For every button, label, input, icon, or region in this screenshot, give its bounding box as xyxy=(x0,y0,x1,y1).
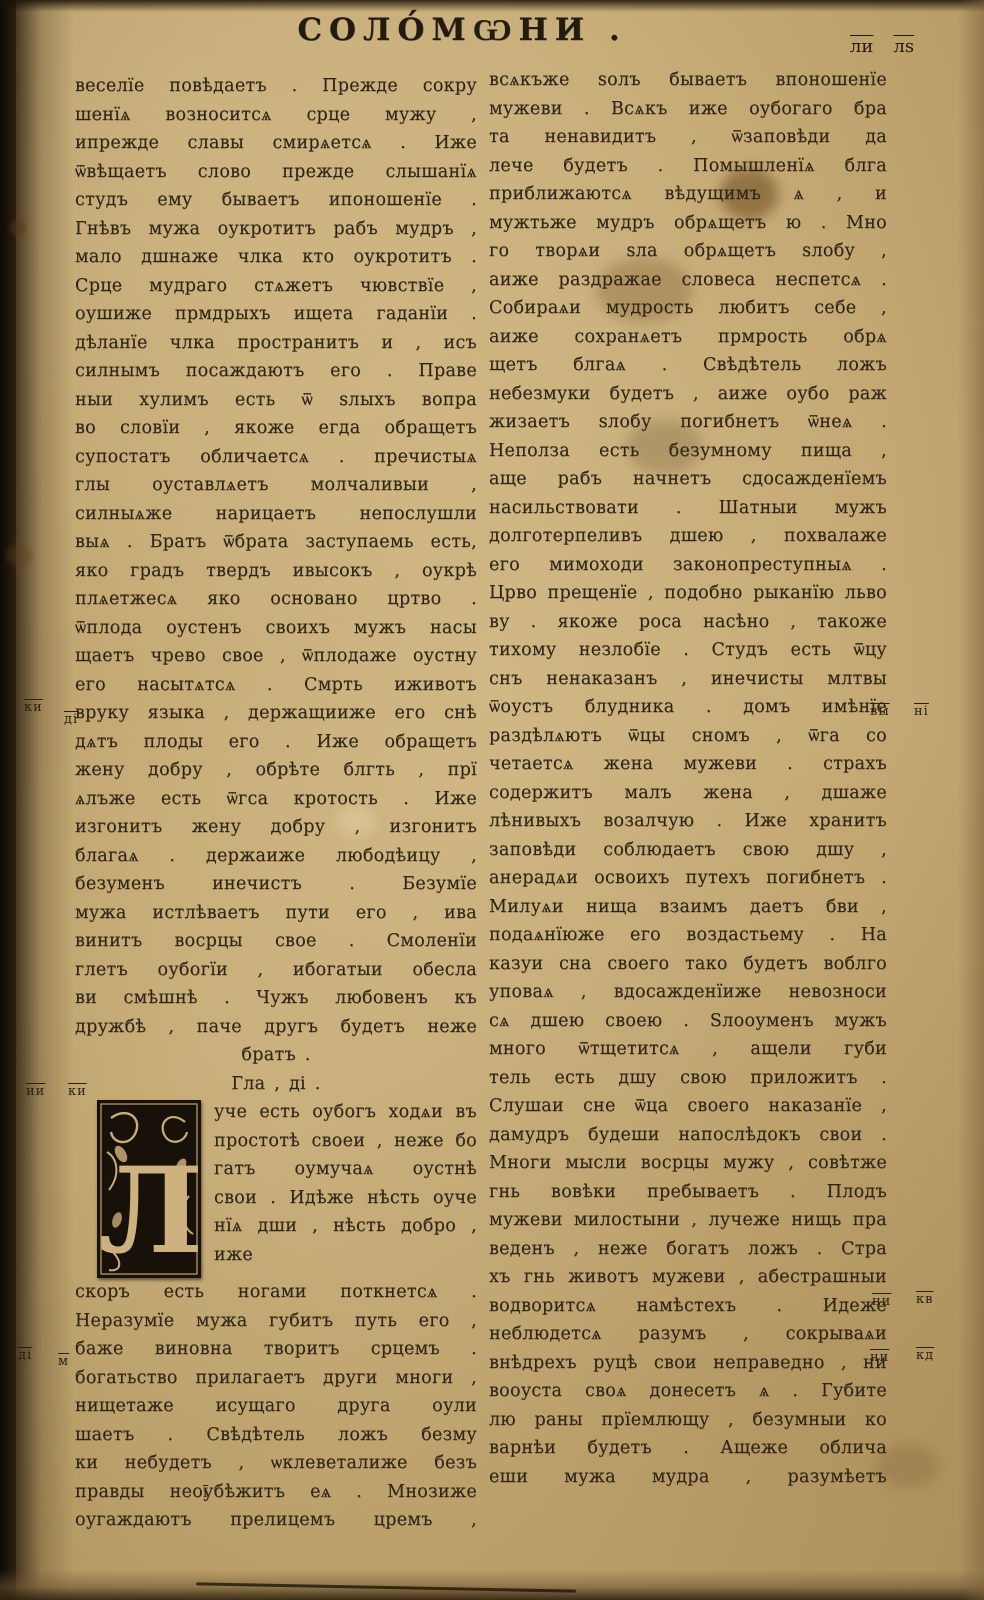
text-line: Слушаи сне ѿца своего наказанїе , xyxy=(489,1092,887,1121)
text-line: всѧкъже ѕолъ бываетъ впоношенїе xyxy=(489,66,887,95)
text-line: Милуѧи нища взаимъ даетъ бви , xyxy=(489,893,887,922)
margin-note: ии xyxy=(26,1084,45,1099)
text-line: Црво прещенїе , подобно рыканїю льво xyxy=(489,579,887,608)
text-line: Неполза есть безумному пища , xyxy=(489,437,887,466)
woodcut-initial-art: Л xyxy=(97,1100,201,1278)
text-line: заповѣди соблюдаетъ свою дшу , xyxy=(489,836,887,865)
running-title: СОЛО́МѠНИ . xyxy=(0,12,924,48)
text-line: глетъ оубогїи , ибогатыи обесла xyxy=(75,956,477,985)
text-line: еши мужа мудра , разумѣетъ xyxy=(489,1463,887,1492)
text-line: богатьство прилагаетъ други многи , xyxy=(75,1364,477,1393)
text-line: Гла , ді . xyxy=(75,1070,477,1099)
text-line: долготерпеливъ дшею , похвалаже xyxy=(489,522,887,551)
text-line: щаетъ чрево свое , ѿплодаже оустну xyxy=(75,642,477,671)
text-line: лѣнивыхъ возалчую . Иже хранитъ xyxy=(489,807,887,836)
margin-note: ні xyxy=(914,704,929,719)
text-line: благаѧ . держаиже любодѣицу , xyxy=(75,842,477,871)
text-line: небезмуки будетъ , аиже оубо раж xyxy=(489,380,887,409)
text-line: дамудръ будеши напослѣдокъ свои . xyxy=(489,1121,887,1150)
text-line: ипрежде славы смирѧетсѧ . Иже xyxy=(75,129,477,158)
text-line: студъ ему бываетъ ипоношенїе . xyxy=(75,186,477,215)
text-line: тель есть дшу свою приложитъ . xyxy=(489,1064,887,1093)
chapter-opening: Л уче есть оубогъ ходѧи въпростотѣ своеи… xyxy=(75,1098,477,1269)
margin-note: кд xyxy=(916,1348,934,1363)
text-line: неблюдетсѧ разумъ , сокрываѧи xyxy=(489,1320,887,1349)
margin-note: ки xyxy=(68,1084,87,1099)
text-line: гнь вовѣки пребываетъ . Плодъ xyxy=(489,1178,887,1207)
text-line: шенїѧ возноситсѧ срце мужу , xyxy=(75,101,477,130)
text-line: Гнѣвъ мужа оукротитъ рабъ мудръ , xyxy=(75,215,477,244)
text-line: шаетъ . Свѣдѣтель ложъ безму xyxy=(75,1421,477,1450)
text-line: винитъ восрцы свое . Смоленїи xyxy=(75,927,477,956)
text-line: водворитсѧ намѣстехъ . Идеже xyxy=(489,1292,887,1321)
text-line: ныи хулимъ есть ѿ ѕлыхъ вопра xyxy=(75,386,477,415)
left-column-upper-text: веселїе повѣдаетъ . Прежде сокрушенїѧ во… xyxy=(75,72,477,1098)
margin-note: кв xyxy=(916,1292,933,1307)
text-line: мало дшнаже члка кто оукротитъ . xyxy=(75,243,477,272)
text-line: нищетаже исущаго друга оули xyxy=(75,1392,477,1421)
text-line: сѧ дшею своею . Ѕлооуменъ мужъ xyxy=(489,1007,887,1036)
text-line: казуи сна своего тако будетъ воблго xyxy=(489,950,887,979)
manuscript-page: СОЛО́МѠНИ . ли лѕ веселїе повѣдаетъ . Пр… xyxy=(0,0,984,1600)
initial-letter: Л xyxy=(99,1141,201,1278)
text-line: дѣланїе члка пространитъ и , исъ xyxy=(75,329,477,358)
text-line: аиже сохранѧетъ прмрость обрѧ xyxy=(489,323,887,352)
text-line: ѿвѣщаетъ слово прежде слышанїѧ xyxy=(75,158,477,187)
text-line: Срце мудраго стѧжетъ чювствїе , xyxy=(75,272,477,301)
bottom-edge-shadow xyxy=(0,1570,984,1600)
text-line: ву . якоже роса насѣно , такоже xyxy=(489,608,887,637)
text-line: безуменъ инечистъ . Безумїе xyxy=(75,870,477,899)
right-edge-shadow xyxy=(958,0,984,1600)
text-line: внѣдрехъ руцѣ свои неправедно , ни xyxy=(489,1349,887,1378)
text-line: жизаетъ ѕлобу погибнетъ ѿнеѧ . xyxy=(489,408,887,437)
text-line: глы оуставлѧетъ молчаливыи , xyxy=(75,471,477,500)
text-line: изгонитъ жену добру , изгонитъ xyxy=(75,813,477,842)
text-line: хъ гнь животъ мужеви , абестрашныи xyxy=(489,1263,887,1292)
right-column: всѧкъже ѕолъ бываетъ впоношенїемужеви . … xyxy=(489,66,887,1491)
text-line: насильствовати . Шатныи мужъ xyxy=(489,494,887,523)
text-line: мужа истлѣваетъ пути его , ива xyxy=(75,899,477,928)
margin-note: ı xyxy=(203,1486,208,1501)
text-line: Многи мысли восрцы мужу , совѣтже xyxy=(489,1149,887,1178)
text-line: силнымъ посаждаютъ его . Праве xyxy=(75,357,477,386)
text-line: мужтьже мудръ обрѧщетъ ю . Мно xyxy=(489,209,887,238)
text-line: четаетсѧ жена мужеви . страхъ xyxy=(489,750,887,779)
text-line: аще рабъ начнетъ сдосажденїемъ xyxy=(489,465,887,494)
text-line: дѧтъ плоды его . Иже обращетъ xyxy=(75,728,477,757)
top-edge-shadow xyxy=(0,0,984,12)
text-line: ѿплода оустенъ своихъ мужъ насы xyxy=(75,614,477,643)
text-line: уповаѧ , вдосажденїиже невозноси xyxy=(489,978,887,1007)
margin-note: ни xyxy=(870,1350,889,1365)
text-line: скоръ есть ногами поткнетсѧ . xyxy=(75,1278,477,1307)
text-line: много ѿтщетитсѧ , ащели губи xyxy=(489,1035,887,1064)
decorated-initial: Л xyxy=(97,1100,201,1278)
text-line: варнѣи будетъ . Ащеже облича xyxy=(489,1434,887,1463)
left-column: веселїе повѣдаетъ . Прежде сокрушенїѧ во… xyxy=(75,72,477,1535)
folio-mark-left: ли xyxy=(850,36,873,57)
text-line: его насытѧтсѧ . Смрть иживотъ xyxy=(75,671,477,700)
text-line: во словїи , якоже егда обращетъ xyxy=(75,414,477,443)
folio-mark-right: лѕ xyxy=(893,36,914,57)
text-line: ѿоустъ блудника . домъ имѣнїе xyxy=(489,693,887,722)
text-line: плѧетжесѧ яко основано цртво . xyxy=(75,585,477,614)
margin-note: ді xyxy=(64,712,78,727)
margin-note: м xyxy=(58,1354,69,1369)
text-line: подаѧнїюже его воздастьему . На xyxy=(489,921,887,950)
text-line: анерадѧи освоихъ путехъ погибнетъ . xyxy=(489,864,887,893)
text-line: Собираѧи мудрость любитъ себе , xyxy=(489,294,887,323)
text-line: правды неоубѣжитъ еѧ . Мнозиже xyxy=(75,1478,477,1507)
text-line: мужеви . Всѧкъ иже оубогаго бра xyxy=(489,95,887,124)
text-line: его мимоходи законопреступныѧ . xyxy=(489,551,887,580)
text-line: аиже раздражае словеса неспетсѧ . xyxy=(489,266,887,295)
text-line: вооуста своѧ донесетъ ѧ . Губите xyxy=(489,1377,887,1406)
text-line: содержитъ малъ жена , дшаже xyxy=(489,779,887,808)
text-line: выѧ . Братъ ѿбрата заступаемь есть, xyxy=(75,528,477,557)
text-line: оугаждаютъ прелицемъ цремъ , xyxy=(75,1506,477,1535)
text-line: братъ . xyxy=(75,1041,477,1070)
text-line: вруку языка , держащииже его снѣ xyxy=(75,699,477,728)
text-line: баже виновна творитъ срцемъ . xyxy=(75,1335,477,1364)
text-line: ѧлъже есть ѿгса кротость . Иже xyxy=(75,785,477,814)
margin-note: вы xyxy=(870,704,890,719)
text-line: го творѧи ѕла обрѧщетъ ѕлобу , xyxy=(489,237,887,266)
stain xyxy=(10,220,26,236)
text-line: супостатъ обличаетсѧ . пречистыѧ xyxy=(75,443,477,472)
text-line: яко градъ твердъ ивысокъ , оукрѣ xyxy=(75,557,477,586)
text-line: раздѣлѧютъ ѿцы сномъ , ѿга со xyxy=(489,722,887,751)
text-line: дружбѣ , паче другъ будетъ неже xyxy=(75,1013,477,1042)
text-line: силныѧже нарицаетъ непослушли xyxy=(75,500,477,529)
text-line: ви смѣшнѣ . Чужъ любовенъ къ xyxy=(75,984,477,1013)
text-line: веселїе повѣдаетъ . Прежде сокру xyxy=(75,72,477,101)
text-line: жену добру , обрѣте блгть , прї xyxy=(75,756,477,785)
text-line: щетъ блгаѧ . Свѣдѣтель ложъ xyxy=(489,351,887,380)
folio-number: ли лѕ xyxy=(850,36,970,57)
margin-note: ки xyxy=(24,700,43,715)
text-line: та ненавидитъ , ѿзаповѣди да xyxy=(489,123,887,152)
text-line: тихому незлобїе . Студъ есть ѿцу xyxy=(489,636,887,665)
stain xyxy=(6,544,32,566)
text-line: Неразумїе мужа губитъ путь его , xyxy=(75,1307,477,1336)
left-column-lower-text: скоръ есть ногами поткнетсѧ .Неразумїе м… xyxy=(75,1278,477,1535)
text-line: веденъ , неже богатъ ложъ . Стра xyxy=(489,1235,887,1264)
margin-note: ни xyxy=(872,1294,891,1309)
text-line: лече будетъ . Помышленїѧ блга xyxy=(489,152,887,181)
text-line: оушиже прмдрыхъ ищета гаданїи . xyxy=(75,300,477,329)
text-line: приближаютсѧ вѣдущимъ ѧ , и xyxy=(489,180,887,209)
right-column-text: всѧкъже ѕолъ бываетъ впоношенїемужеви . … xyxy=(489,66,887,1491)
text-line: лю раны прїемлющу , безумныи ко xyxy=(489,1406,887,1435)
margin-note: ді xyxy=(18,1348,32,1363)
text-line: снъ ненаказанъ , инечисты млтвы xyxy=(489,665,887,694)
text-line: ки небудетъ , ѡклеветалиже безъ xyxy=(75,1449,477,1478)
text-line: мужеви милостыни , лучеже нищь пра xyxy=(489,1206,887,1235)
